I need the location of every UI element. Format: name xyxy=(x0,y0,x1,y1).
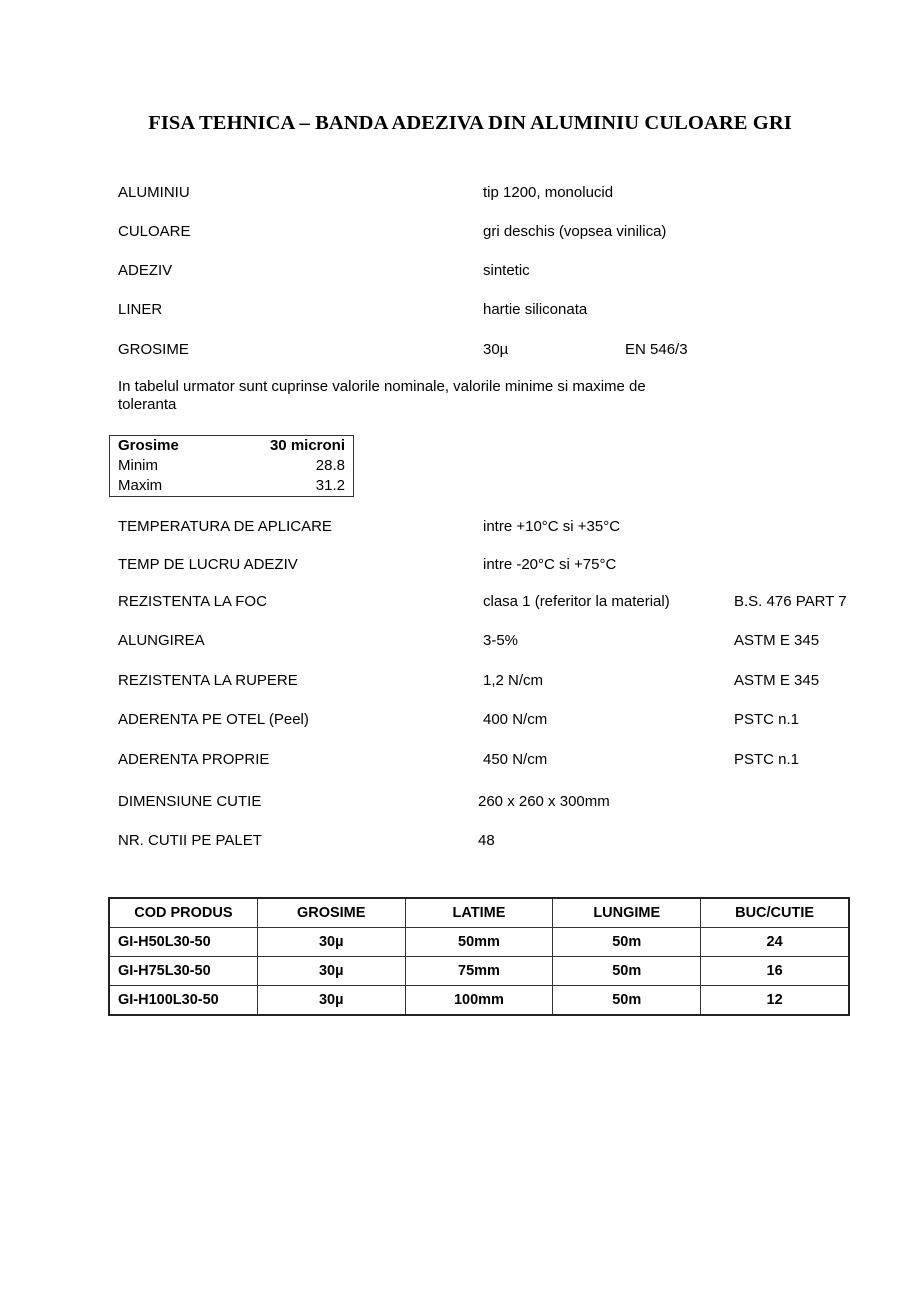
cell-latime: 50mm xyxy=(405,928,553,957)
product-table-header: COD PRODUS GROSIME LATIME LUNGIME BUC/CU… xyxy=(109,898,849,928)
spec-standard: ASTM E 345 xyxy=(734,671,819,691)
tolerance-header-value: 30 microni xyxy=(270,436,345,456)
spec-standard: B.S. 476 PART 7 xyxy=(734,592,847,612)
cell-lungime: 50m xyxy=(553,928,701,957)
spec-label: TEMPERATURA DE APLICARE xyxy=(118,517,332,537)
spec-label: REZISTENTA LA RUPERE xyxy=(118,671,298,691)
tolerance-note: In tabelul urmator sunt cuprinse valoril… xyxy=(118,378,698,414)
spec-value: hartie siliconata xyxy=(483,300,587,320)
cell-latime: 100mm xyxy=(405,986,553,1016)
spec-label: ADEZIV xyxy=(118,261,172,281)
spec-value: sintetic xyxy=(483,261,530,281)
spec-value: 260 x 260 x 300mm xyxy=(478,792,610,812)
table-row: GI-H100L30-50 30µ 100mm 50m 12 xyxy=(109,986,849,1016)
column-header: GROSIME xyxy=(257,898,405,928)
cell-lungime: 50m xyxy=(553,986,701,1016)
spec-standard: PSTC n.1 xyxy=(734,710,799,730)
spec-label: ADERENTA PROPRIE xyxy=(118,750,269,770)
tolerance-label: Maxim xyxy=(118,476,162,496)
tolerance-label: Minim xyxy=(118,456,158,476)
spec-value: 450 N/cm xyxy=(483,750,547,770)
spec-value: 48 xyxy=(478,831,495,851)
spec-label: REZISTENTA LA FOC xyxy=(118,592,267,612)
spec-label: LINER xyxy=(118,300,162,320)
spec-value: 3-5% xyxy=(483,631,518,651)
tolerance-header-row: Grosime 30 microni xyxy=(110,436,353,456)
spec-value: clasa 1 (referitor la material) xyxy=(483,592,670,612)
cell-grosime: 30µ xyxy=(257,928,405,957)
spec-label: ADERENTA PE OTEL (Peel) xyxy=(118,710,309,730)
cell-buc-cutie: 16 xyxy=(701,957,849,986)
spec-standard: PSTC n.1 xyxy=(734,750,799,770)
cell-buc-cutie: 12 xyxy=(701,986,849,1016)
product-code: GI-H100L30-50 xyxy=(109,986,257,1016)
column-header: BUC/CUTIE xyxy=(701,898,849,928)
spec-value: 30µ xyxy=(483,340,508,360)
spec-value: intre -20°C si +75°C xyxy=(483,555,616,575)
spec-label: ALUNGIREA xyxy=(118,631,205,651)
cell-buc-cutie: 24 xyxy=(701,928,849,957)
cell-lungime: 50m xyxy=(553,957,701,986)
tolerance-header-label: Grosime xyxy=(118,436,179,456)
spec-value: 1,2 N/cm xyxy=(483,671,543,691)
column-header: LUNGIME xyxy=(553,898,701,928)
tolerance-value: 31.2 xyxy=(316,476,345,496)
tolerance-row: Maxim 31.2 xyxy=(110,476,353,496)
spec-standard: ASTM E 345 xyxy=(734,631,819,651)
product-code: GI-H50L30-50 xyxy=(109,928,257,957)
column-header: COD PRODUS xyxy=(109,898,257,928)
cell-grosime: 30µ xyxy=(257,986,405,1016)
spec-value: tip 1200, monolucid xyxy=(483,183,613,203)
cell-grosime: 30µ xyxy=(257,957,405,986)
tolerance-row: Minim 28.8 xyxy=(110,456,353,476)
spec-value: 400 N/cm xyxy=(483,710,547,730)
spec-label: NR. CUTII PE PALET xyxy=(118,831,262,851)
tolerance-value: 28.8 xyxy=(316,456,345,476)
column-header: LATIME xyxy=(405,898,553,928)
spec-value: gri deschis (vopsea vinilica) xyxy=(483,222,666,242)
product-table: COD PRODUS GROSIME LATIME LUNGIME BUC/CU… xyxy=(108,897,850,1016)
spec-label: DIMENSIUNE CUTIE xyxy=(118,792,261,812)
table-row: GI-H75L30-50 30µ 75mm 50m 16 xyxy=(109,957,849,986)
product-code: GI-H75L30-50 xyxy=(109,957,257,986)
document-title: FISA TEHNICA – BANDA ADEZIVA DIN ALUMINI… xyxy=(0,112,920,135)
table-row: GI-H50L30-50 30µ 50mm 50m 24 xyxy=(109,928,849,957)
cell-latime: 75mm xyxy=(405,957,553,986)
spec-value: intre +10°C si +35°C xyxy=(483,517,620,537)
spec-standard: EN 546/3 xyxy=(625,340,688,360)
spec-label: TEMP DE LUCRU ADEZIV xyxy=(118,555,298,575)
spec-label: CULOARE xyxy=(118,222,191,242)
tolerance-table: Grosime 30 microni Minim 28.8 Maxim 31.2 xyxy=(109,435,354,497)
spec-label: GROSIME xyxy=(118,340,189,360)
spec-label: ALUMINIU xyxy=(118,183,190,203)
